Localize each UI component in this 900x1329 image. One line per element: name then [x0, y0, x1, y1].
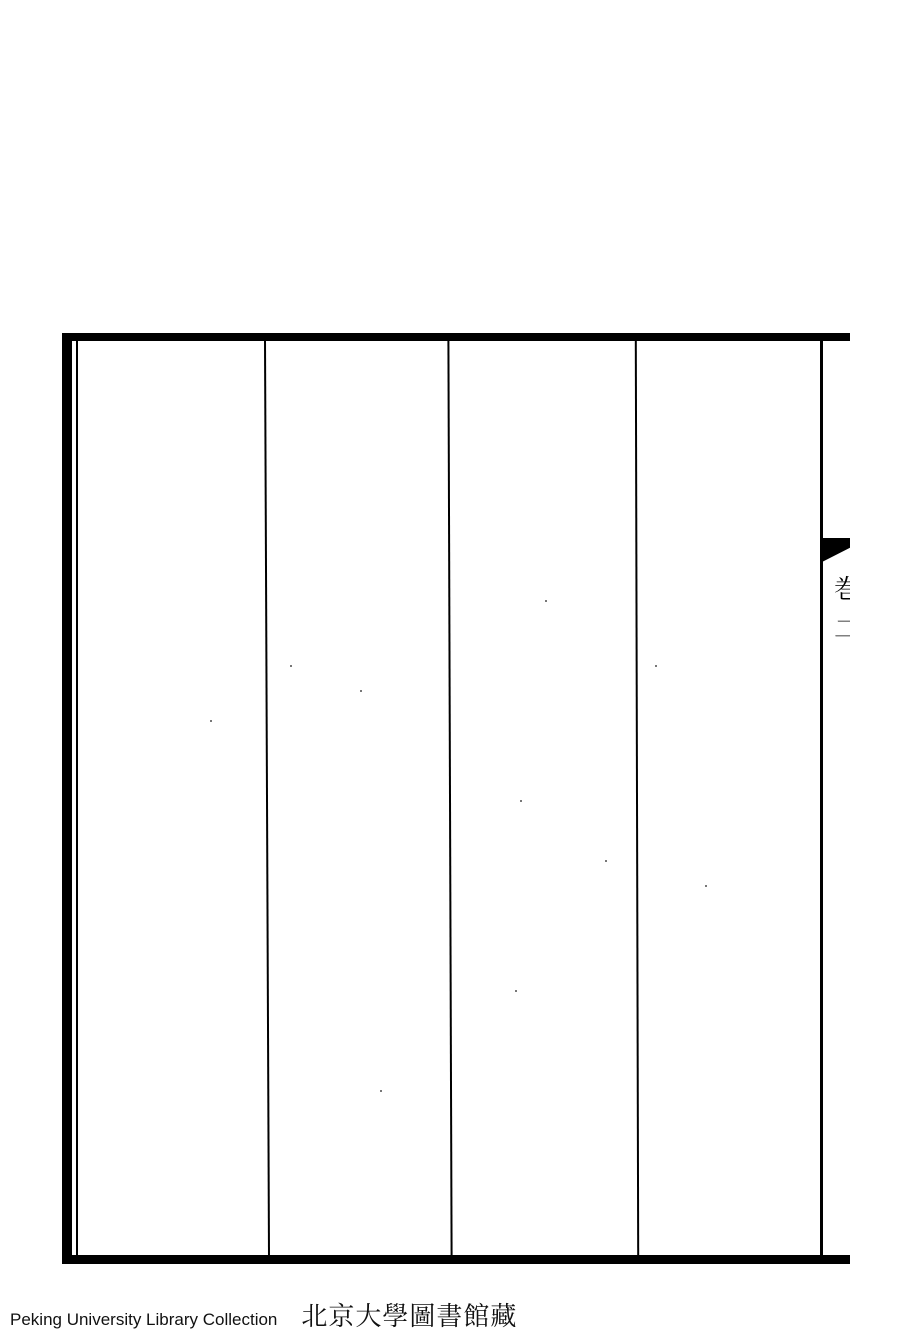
margin-char: 巻: [834, 570, 850, 610]
frame-border-top: [62, 333, 850, 341]
column-rule: [264, 341, 270, 1255]
scanned-page: 巻 二: [0, 0, 900, 1329]
collection-caption: Peking University Library Collection 北京大…: [10, 1296, 517, 1326]
frame-border-left-inner: [76, 341, 78, 1255]
margin-column-text: 巻 二: [834, 570, 850, 680]
caption-chinese: 北京大學圖書館藏: [301, 1296, 517, 1329]
frame-border-left: [62, 333, 72, 1264]
fish-tail-line: [822, 538, 850, 540]
margin-char: 二: [834, 610, 850, 650]
frame-border-bottom: [62, 1255, 850, 1264]
fish-tail-mark: [822, 540, 850, 562]
column-rule: [447, 341, 452, 1255]
column-rule: [635, 341, 639, 1255]
caption-english: Peking University Library Collection: [10, 1310, 277, 1329]
margin-column-rule: [820, 341, 823, 1255]
